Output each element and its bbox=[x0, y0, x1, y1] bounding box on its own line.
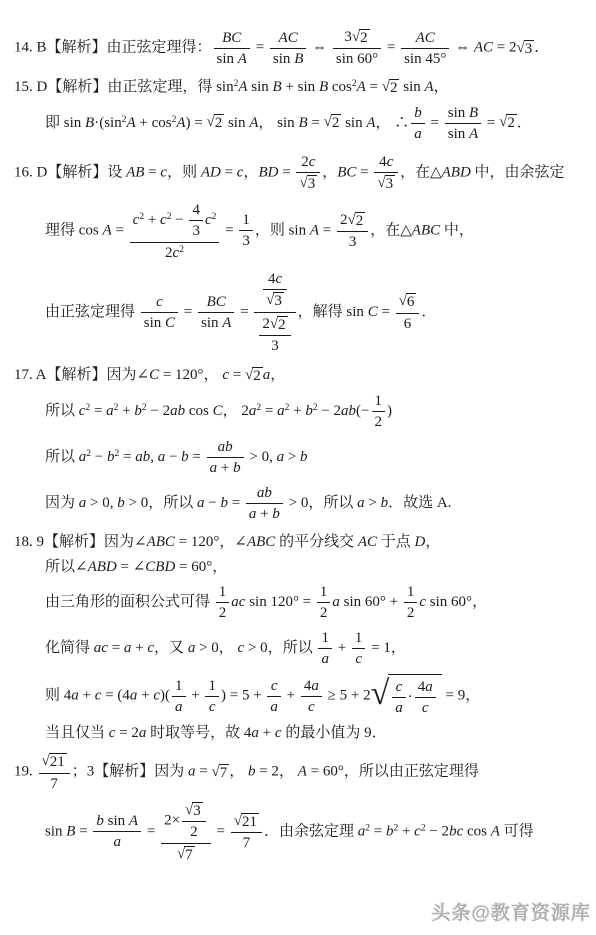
fraction: 4ac bbox=[415, 678, 436, 717]
math-roman: 2 bbox=[190, 824, 198, 840]
math-roman: = bbox=[229, 367, 245, 383]
text-run: ， bbox=[223, 402, 242, 418]
text-run: ， bbox=[322, 164, 337, 180]
math-variable: C bbox=[165, 315, 175, 331]
math-variable: c bbox=[355, 651, 362, 667]
text-run: 的最小值为 9． bbox=[282, 725, 387, 741]
fraction-numerator: c bbox=[267, 677, 281, 697]
fraction-numerator: √21 bbox=[39, 752, 70, 773]
radical: √3 bbox=[299, 175, 317, 193]
text-run: 即 bbox=[45, 114, 64, 130]
math-roman: 6 bbox=[404, 316, 412, 332]
radicand: 3 bbox=[273, 292, 284, 310]
math-roman: = bbox=[356, 164, 372, 180]
fraction-numerator: BC bbox=[198, 293, 234, 313]
math-variable: b bbox=[414, 105, 422, 121]
math-roman: 2 bbox=[219, 605, 227, 621]
math-roman: sin 60° bbox=[336, 51, 378, 67]
math-roman: 4 bbox=[192, 202, 200, 218]
radicand: 2 bbox=[355, 212, 366, 230]
text-run: 中， bbox=[440, 222, 474, 238]
fraction-denominator: 2 bbox=[372, 412, 386, 431]
fraction: ba bbox=[411, 104, 425, 143]
math-roman: + bbox=[283, 687, 299, 703]
math-variable: c bbox=[387, 154, 394, 170]
math-roman: 2 bbox=[301, 154, 309, 170]
math-roman: ) = bbox=[186, 114, 207, 130]
math-roman: = 120° bbox=[175, 534, 219, 550]
math-variable: c bbox=[209, 699, 216, 715]
fraction-numerator: 4 bbox=[189, 201, 203, 221]
math-roman: + bbox=[118, 402, 134, 418]
math-roman: = bbox=[261, 402, 277, 418]
math-roman: = bbox=[221, 164, 237, 180]
math-roman: = bbox=[370, 823, 386, 839]
fraction-numerator: 2√2 bbox=[259, 315, 290, 336]
fraction-denominator: 3 bbox=[337, 232, 368, 251]
math-roman: 3 bbox=[242, 233, 250, 249]
fraction-numerator: 1 bbox=[205, 677, 219, 697]
radical-sign-icon: √ bbox=[299, 175, 306, 192]
solution-line: 由正弦定理得 csin C = BCsin A = 4c√32√23，解得 si… bbox=[45, 268, 590, 358]
math-roman: sin bbox=[346, 304, 367, 320]
math-roman: 3 bbox=[274, 293, 282, 309]
solution-line: 由三角形的面积公式可得 12ac sin 120° = 12a sin 60° … bbox=[45, 582, 590, 623]
math-roman: , bbox=[150, 448, 158, 464]
radical-sign-icon: √ bbox=[270, 316, 277, 333]
math-roman: = bbox=[196, 764, 212, 780]
problem-15: 15. D【解析】由正弦定理，得 sin2A sin B + sin B cos… bbox=[14, 77, 590, 143]
fraction-denominator: √3 bbox=[296, 173, 320, 193]
text-run: ， bbox=[270, 367, 285, 383]
solutions-document: 14. B【解析】由正弦定理得：BCsin A = ACsin B ⇔ 3√2s… bbox=[0, 0, 596, 865]
math-roman: + bbox=[217, 460, 233, 476]
math-variable: AC bbox=[474, 40, 493, 56]
math-variable: C bbox=[149, 367, 159, 383]
radicand: 3 bbox=[524, 40, 535, 58]
math-variable: A bbox=[129, 813, 138, 829]
math-variable: AB bbox=[126, 164, 144, 180]
math-roman: sin bbox=[399, 79, 424, 95]
text-run: 19. bbox=[14, 764, 37, 780]
radicand: 2 bbox=[252, 367, 263, 385]
radicand: 21 bbox=[241, 813, 259, 831]
math-roman: sin bbox=[341, 114, 366, 130]
problems: 14. B【解析】由正弦定理得：BCsin A = ACsin B ⇔ 3√2s… bbox=[14, 27, 590, 865]
fraction-denominator: c bbox=[205, 697, 219, 716]
text-run: ， bbox=[258, 114, 277, 130]
math-variable: c bbox=[422, 700, 429, 716]
problem-18: 18. 9【解析】因为∠ABC = 120°，∠ABC 的平分线交 AC 于点 … bbox=[14, 532, 590, 744]
math-roman: = bbox=[308, 114, 324, 130]
math-roman: 1 bbox=[321, 630, 329, 646]
math-roman: + bbox=[79, 687, 95, 703]
math-roman: = ∠ bbox=[117, 559, 146, 575]
radicand: 2 bbox=[506, 114, 517, 132]
math-roman: = 2 bbox=[255, 764, 278, 780]
fraction-numerator: 2√2 bbox=[337, 211, 368, 232]
radicand: 2 bbox=[331, 114, 342, 132]
math-variable: B bbox=[294, 51, 303, 67]
fraction-numerator: 1 bbox=[172, 677, 186, 697]
text-run: 所以∠ bbox=[45, 559, 88, 575]
math-variable: B bbox=[319, 79, 328, 95]
math-variable: c bbox=[156, 294, 163, 310]
radical: √3 bbox=[185, 802, 203, 820]
text-run: ， bbox=[425, 534, 440, 550]
radical-sign-icon: √ bbox=[499, 114, 506, 131]
math-roman: sin 60° bbox=[426, 594, 472, 610]
text-run: ．故选 A. bbox=[388, 494, 451, 510]
math-variable: A bbox=[491, 823, 500, 839]
fraction-denominator: sin C bbox=[141, 313, 178, 332]
math-roman: + bbox=[131, 640, 147, 656]
math-variable: b bbox=[134, 402, 142, 418]
math-variable: ABC bbox=[147, 534, 175, 550]
math-variable: D bbox=[415, 534, 426, 550]
math-roman: = bbox=[483, 114, 499, 130]
math-variable: a bbox=[357, 494, 365, 510]
math-roman: = bbox=[427, 114, 443, 130]
math-roman: + bbox=[256, 506, 272, 522]
radical: √3 bbox=[517, 40, 535, 58]
math-variable: A bbox=[222, 315, 231, 331]
math-roman: + cos bbox=[136, 114, 172, 130]
math-variable: a bbox=[251, 725, 259, 741]
radicand: 3 bbox=[385, 175, 396, 193]
math-roman: + bbox=[188, 687, 204, 703]
math-variable: a bbox=[277, 448, 285, 464]
text-run: 17. A【解析】因为∠ bbox=[14, 367, 149, 383]
math-roman: ≥ 5 + 2 bbox=[324, 687, 371, 703]
fraction: 2c√3 bbox=[296, 153, 320, 193]
fraction-denominator: 2 bbox=[182, 822, 206, 841]
text-run: 16. D【解析】设 bbox=[14, 164, 126, 180]
math-roman: (− bbox=[356, 402, 369, 418]
fraction-denominator: 2√23 bbox=[254, 313, 295, 356]
math-variable: b bbox=[305, 402, 313, 418]
text-run: 由三角形的面积公式可得 bbox=[45, 594, 214, 610]
math-roman: + bbox=[137, 687, 153, 703]
math-variable: c bbox=[271, 678, 278, 694]
text-run: ． bbox=[517, 114, 532, 130]
math-variable: a bbox=[425, 679, 433, 695]
math-variable: a bbox=[114, 834, 122, 850]
math-variable: a bbox=[395, 700, 403, 716]
text-run: ， bbox=[472, 594, 487, 610]
math-roman: ) bbox=[387, 402, 392, 418]
text-run: ，∠ bbox=[219, 534, 247, 550]
math-variable: A bbox=[238, 51, 247, 67]
math-variable: a bbox=[414, 126, 422, 142]
math-roman: = bbox=[319, 222, 335, 238]
math-roman: = 9 bbox=[442, 687, 465, 703]
fraction-denominator: 2 bbox=[317, 603, 331, 622]
solution-line: 化简得 ac = a + c，又 a > 0， c > 0，所以 1a + 1c… bbox=[45, 628, 590, 669]
math-roman: > 0 bbox=[244, 640, 267, 656]
math-roman: 21 bbox=[242, 814, 257, 830]
fraction-numerator: 1 bbox=[216, 583, 230, 603]
math-roman: 3 bbox=[308, 176, 316, 192]
text-run: ， bbox=[279, 764, 298, 780]
math-roman: > 0, bbox=[86, 494, 117, 510]
radical: √2 bbox=[270, 316, 288, 334]
fraction-numerator: 1 bbox=[317, 583, 331, 603]
radical-sign-icon: √ bbox=[348, 212, 355, 229]
radicand: 2 bbox=[359, 29, 370, 47]
math-variable: b bbox=[96, 813, 104, 829]
problem-17: 17. A【解析】因为∠C = 120°， c = √2a，所以 c2 = a2… bbox=[14, 365, 590, 523]
math-variable: A bbox=[176, 114, 185, 130]
solution-line: 18. 9【解析】因为∠ABC = 120°，∠ABC 的平分线交 AC 于点 … bbox=[14, 532, 590, 552]
fraction: csin C bbox=[141, 293, 178, 332]
math-roman: + bbox=[398, 823, 414, 839]
math-roman: 1 bbox=[355, 630, 363, 646]
text-run: 于点 bbox=[377, 534, 415, 550]
fraction: √217 bbox=[39, 752, 70, 792]
math-roman: 3 bbox=[271, 338, 279, 354]
solution-line: 则 4a + c = (4a + c)(1a + 1c) = 5 + ca + … bbox=[45, 674, 590, 718]
radical-sign-icon: √ bbox=[377, 175, 384, 192]
math-roman: − 2 bbox=[147, 402, 170, 418]
math-variable: BC bbox=[337, 164, 356, 180]
math-roman: 1 bbox=[219, 584, 227, 600]
radical: √21 bbox=[42, 753, 67, 771]
math-roman: 3 bbox=[193, 803, 201, 819]
math-variable: ABC bbox=[247, 534, 275, 550]
fraction-numerator: √21 bbox=[231, 812, 262, 833]
math-roman: · bbox=[408, 689, 413, 706]
math-roman: 7 bbox=[243, 835, 251, 851]
fraction-denominator: c bbox=[301, 697, 322, 716]
math-variable: B bbox=[85, 114, 94, 130]
math-roman: 2 bbox=[262, 316, 270, 332]
fraction-denominator: a bbox=[172, 697, 186, 716]
math-roman: 7 bbox=[220, 765, 228, 781]
radical: √6 bbox=[399, 293, 417, 311]
fraction-numerator: 3√2 bbox=[333, 28, 381, 49]
text-run: ；3【解析】因为 bbox=[72, 764, 188, 780]
math-roman: = (4 bbox=[101, 687, 129, 703]
radical: √7 bbox=[211, 764, 229, 782]
math-roman: 1 bbox=[208, 678, 216, 694]
radicand: 7 bbox=[184, 846, 195, 864]
math-roman: > 0, bbox=[246, 448, 277, 464]
math-roman: = bbox=[143, 823, 159, 839]
radicand: 6 bbox=[406, 293, 417, 311]
math-variable: a bbox=[311, 678, 319, 694]
math-roman: sin bbox=[64, 114, 85, 130]
fraction: ACsin B bbox=[270, 29, 306, 68]
math-roman: = bbox=[378, 304, 394, 320]
math-variable: a bbox=[332, 594, 340, 610]
radical: √3 bbox=[266, 292, 284, 310]
math-roman: − bbox=[171, 212, 187, 228]
math-roman: = bbox=[90, 402, 106, 418]
text-run: ，解得 bbox=[298, 304, 347, 320]
math-roman: − bbox=[91, 448, 107, 464]
radical: √2 bbox=[245, 367, 263, 385]
fraction-denominator: 3 bbox=[239, 231, 253, 250]
math-variable: ac bbox=[94, 640, 108, 656]
radical-sign-icon: √ bbox=[177, 846, 184, 863]
radical: √3 bbox=[377, 175, 395, 193]
math-roman: = bbox=[252, 40, 268, 56]
math-variable: a bbox=[106, 402, 114, 418]
fraction-denominator: a bbox=[318, 649, 332, 668]
fraction-denominator: c bbox=[415, 698, 436, 717]
radical: √ca·4ac bbox=[371, 674, 442, 718]
math-roman: = bbox=[278, 164, 294, 180]
fraction: √217 bbox=[231, 812, 262, 852]
fraction-numerator: 1 bbox=[352, 629, 366, 649]
math-roman: 3 bbox=[192, 223, 200, 239]
text-run: ，则 bbox=[255, 222, 289, 238]
math-variable: BC bbox=[207, 294, 226, 310]
fraction-numerator: 4c bbox=[374, 153, 398, 173]
fraction-denominator: a bbox=[411, 124, 425, 143]
math-variable: b bbox=[220, 494, 228, 510]
math-roman: 1 bbox=[320, 584, 328, 600]
text-run: 18. 9【解析】因为∠ bbox=[14, 534, 147, 550]
solution-line: sin B = b sin Aa = 2×√32√7 = √217．由余弦定理 … bbox=[45, 799, 590, 866]
math-variable: AC bbox=[358, 534, 377, 550]
math-variable: c bbox=[222, 367, 229, 383]
math-roman: 2 bbox=[360, 30, 368, 46]
math-roman: sin bbox=[217, 51, 238, 67]
fraction-denominator: sin 45° bbox=[401, 49, 449, 68]
math-roman: = bbox=[180, 304, 196, 320]
math-variable: b bbox=[181, 448, 189, 464]
math-roman: 3 bbox=[344, 29, 352, 45]
fraction: √66 bbox=[396, 292, 420, 332]
fraction-numerator: b sin A bbox=[93, 812, 141, 832]
math-roman: cos bbox=[79, 222, 103, 238]
text-run: ，在△ bbox=[370, 222, 412, 238]
text-run: 当且仅当 bbox=[45, 725, 109, 741]
text-run: 化简得 bbox=[45, 640, 94, 656]
math-variable: b bbox=[233, 460, 241, 476]
fraction: c2 + c2 − 43c22c2 bbox=[130, 200, 220, 262]
radical-sign-icon: √ bbox=[371, 677, 389, 711]
fraction-numerator: 4c√3 bbox=[254, 269, 295, 313]
fraction-denominator: a + b bbox=[207, 458, 244, 477]
problem-16: 16. D【解析】设 AB = c，则 AD = c，BD = 2c√3，BC … bbox=[14, 152, 590, 358]
radical-sign-icon: √ bbox=[234, 813, 241, 830]
math-roman: 2 bbox=[340, 212, 348, 228]
fraction-numerator: ab bbox=[207, 438, 244, 458]
fraction-denominator: sin B bbox=[270, 49, 306, 68]
math-roman: 7 bbox=[50, 776, 58, 792]
math-roman: − 2 bbox=[318, 402, 341, 418]
math-roman: 2 bbox=[407, 605, 415, 621]
math-roman: = bbox=[144, 164, 160, 180]
text-run: 14. B【解析】由正弦定理得： bbox=[14, 40, 212, 56]
math-roman: 1 bbox=[375, 393, 383, 409]
fraction-numerator: √3 bbox=[182, 801, 206, 822]
fraction: 1c bbox=[352, 629, 366, 668]
fraction-numerator: sin B bbox=[445, 104, 481, 124]
radical: √21 bbox=[234, 813, 259, 831]
fraction-denominator: 2c2 bbox=[130, 243, 220, 262]
text-run: 由正弦定理得 bbox=[45, 304, 139, 320]
text-run: 所以 bbox=[45, 448, 79, 464]
math-variable: B bbox=[273, 79, 282, 95]
superscript: 2 bbox=[179, 245, 184, 255]
math-roman: 2 bbox=[215, 115, 223, 131]
math-variable: A bbox=[298, 764, 307, 780]
math-roman: − bbox=[204, 494, 220, 510]
math-variable: a bbox=[277, 402, 285, 418]
math-roman: 2 bbox=[320, 605, 328, 621]
math-roman: = 2 bbox=[115, 725, 138, 741]
math-variable: ABC bbox=[412, 222, 440, 238]
math-variable: a bbox=[188, 764, 196, 780]
fraction: 12 bbox=[372, 392, 386, 431]
text-run: ， ∴ bbox=[376, 114, 410, 130]
math-roman: = bbox=[213, 823, 229, 839]
fraction-numerator: 1 bbox=[318, 629, 332, 649]
math-roman: = bbox=[119, 448, 135, 464]
watermark: 头条@教育资源库 bbox=[431, 898, 591, 925]
math-roman: 1 bbox=[407, 584, 415, 600]
math-roman: ⇔ bbox=[451, 40, 474, 56]
math-roman: 6 bbox=[407, 294, 415, 310]
fraction-denominator: sin A bbox=[214, 49, 250, 68]
math-roman: = bbox=[221, 222, 237, 238]
math-roman: + bbox=[289, 402, 305, 418]
problem-19: 19. √217；3【解析】因为 a = √7， b = 2， A = 60°，… bbox=[14, 751, 590, 865]
math-roman: 2× bbox=[164, 812, 180, 828]
math-roman: + sin bbox=[282, 79, 319, 95]
fraction: 2√23 bbox=[259, 315, 290, 355]
math-variable: c bbox=[414, 823, 421, 839]
radicand: 21 bbox=[49, 753, 67, 771]
radicand: 2 bbox=[214, 114, 225, 132]
math-variable: AC bbox=[279, 30, 298, 46]
solution-line: 当且仅当 c = 2a 时取等号，故 4a + c 的最小值为 9． bbox=[45, 723, 590, 743]
radical-sign-icon: √ bbox=[185, 802, 192, 819]
fraction: 12 bbox=[216, 583, 230, 622]
math-roman: 1 bbox=[242, 212, 250, 228]
math-variable: c bbox=[160, 212, 167, 228]
math-roman: 2 bbox=[390, 80, 398, 96]
fraction-denominator: a bbox=[93, 832, 141, 851]
fraction: ACsin 45° bbox=[401, 29, 449, 68]
math-variable: b bbox=[272, 506, 280, 522]
math-variable: c bbox=[275, 725, 282, 741]
text-run: 15. D【解析】由正弦定理，得 bbox=[14, 79, 216, 95]
math-roman: > 0 bbox=[125, 494, 148, 510]
text-run: 中，由余弦定 bbox=[471, 164, 565, 180]
fraction: 1a bbox=[318, 629, 332, 668]
fraction: 4c√3 bbox=[263, 270, 287, 310]
math-variable: ab bbox=[135, 448, 150, 464]
fraction-denominator: 3 bbox=[259, 336, 290, 355]
fraction-denominator: 7 bbox=[39, 774, 70, 793]
text-run: ， bbox=[212, 559, 227, 575]
solution-line: 所以 c2 = a2 + b2 − 2ab cos C， 2a2 = a2 + … bbox=[45, 391, 590, 432]
fraction-denominator: a bbox=[392, 698, 406, 717]
math-roman: = bbox=[112, 222, 128, 238]
math-variable: c bbox=[205, 212, 212, 228]
fraction: BCsin A bbox=[198, 293, 234, 332]
math-variable: BC bbox=[222, 30, 241, 46]
math-roman: = bbox=[383, 40, 399, 56]
problem-14: 14. B【解析】由正弦定理得：BCsin A = ACsin B ⇔ 3√2s… bbox=[14, 27, 590, 69]
text-run: ， bbox=[243, 164, 258, 180]
radical: √2 bbox=[324, 114, 342, 132]
